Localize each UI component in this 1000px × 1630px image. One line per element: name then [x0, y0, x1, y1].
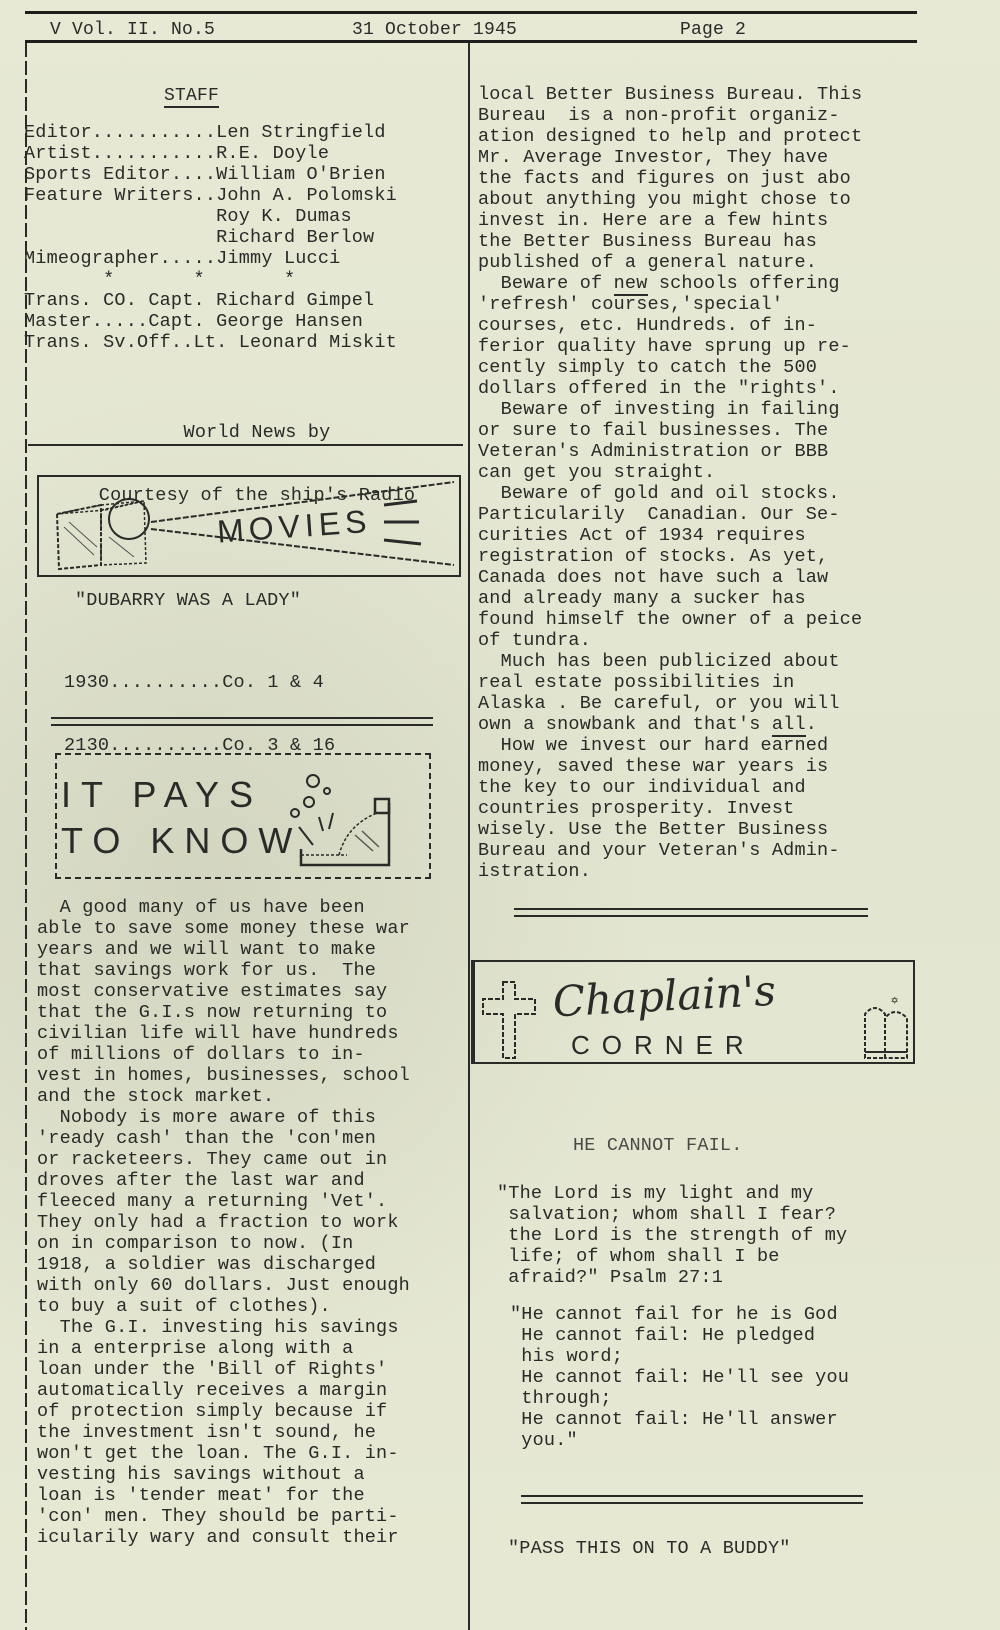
psalm-quote: "The Lord is my light and my salvation; … [497, 1183, 847, 1288]
article-line: most conservative estimates say [37, 981, 410, 1002]
newsletter-page: V Vol. II. No.5 31 October 1945 Page 2 S… [0, 0, 1000, 1630]
staff-row: Trans. CO. Capt. Richard Gimpel [24, 290, 397, 311]
article-line: vest in homes, businesses, school [37, 1065, 410, 1086]
movies-banner: MOVIES [37, 475, 461, 577]
page-number: Page 2 [680, 20, 746, 41]
it-pays-to-know-banner: IT PAYS TO KNOW [55, 753, 431, 879]
showtime-row: 1930..........Co. 1 & 4 [64, 672, 335, 693]
staff-row: * * * [24, 269, 397, 290]
psalm-line: "The Lord is my light and my [497, 1183, 847, 1204]
section-double-rule [521, 1495, 863, 1509]
article-line: or racketeers. They came out in [37, 1149, 410, 1170]
it-pays-article-right: local Better Business Bureau. ThisBureau… [478, 84, 862, 882]
article-line: The G.I. investing his savings [37, 1317, 410, 1338]
article-line: Beware of investing in failing [478, 399, 862, 420]
article-line: in a enterprise along with a [37, 1338, 410, 1359]
article-line: and already many a sucker has [478, 588, 862, 609]
poem-verse: "He cannot fail for he is God He cannot … [510, 1304, 849, 1451]
world-news-line: World News by [77, 422, 437, 443]
article-line: local Better Business Bureau. This [478, 84, 862, 105]
article-line: 'ready cash' than the 'con'men [37, 1128, 410, 1149]
staff-list: Editor...........Len StringfieldArtist..… [24, 122, 397, 353]
article-line: Canada does not have such a law [478, 567, 862, 588]
article-line: cently simply to catch the 500 [478, 357, 862, 378]
article-line: that savings work for us. The [37, 960, 410, 981]
article-line: countries prosperity. Invest [478, 798, 862, 819]
article-line: that the G.I.s now returning to [37, 1002, 410, 1023]
coins-hand-icon: IT PAYS TO KNOW [57, 755, 429, 877]
article-line: Alaska . Be careful, or you will [478, 693, 862, 714]
article-line: 'con' men. They should be parti- [37, 1506, 410, 1527]
article-line: won't get the loan. The G.I. in- [37, 1443, 410, 1464]
article-line: on in comparison to now. (In [37, 1233, 410, 1254]
psalm-line: afraid?" Psalm 27:1 [497, 1267, 847, 1288]
poem-line: He cannot fail: He'll see you [510, 1367, 849, 1388]
article-line: dollars offered in the "rights'. [478, 378, 862, 399]
article-line: invest in. Here are a few hints [478, 210, 862, 231]
article-line: ferior quality have sprung up re- [478, 336, 862, 357]
section-double-rule [51, 717, 433, 731]
article-line: automatically receives a margin [37, 1380, 410, 1401]
masthead-bottom-rule [25, 40, 917, 43]
chaplains-corner-banner: Chaplain's CORNER ✡ [471, 960, 915, 1064]
svg-text:✡: ✡ [891, 994, 898, 1008]
poem-line: his word; [510, 1346, 849, 1367]
article-line: found himself the owner of a peice [478, 609, 862, 630]
article-line: fleeced many a returning 'Vet'. [37, 1191, 410, 1212]
article-line: courses, etc. Hundreds. of in- [478, 315, 862, 336]
article-line: 1918, a soldier was discharged [37, 1254, 410, 1275]
article-line: How we invest our hard earned [478, 735, 862, 756]
staff-row: Editor...........Len Stringfield [24, 122, 397, 143]
staff-row: Richard Berlow [24, 227, 397, 248]
column-divider [468, 43, 470, 1630]
article-line: can get you straight. [478, 462, 862, 483]
article-line: own a snowbank and that's all. [478, 714, 862, 735]
article-line: real estate possibilities in [478, 672, 862, 693]
staff-row: Trans. Sv.Off..Lt. Leonard Miskit [24, 332, 397, 353]
poem-line: through; [510, 1388, 849, 1409]
staff-row: Master.....Capt. George Hansen [24, 311, 397, 332]
movie-projector-icon: MOVIES [39, 477, 459, 575]
article-line: Much has been publicized about [478, 651, 862, 672]
staff-row: Feature Writers..John A. Polomski [24, 185, 397, 206]
article-line: istration. [478, 861, 862, 882]
article-line: Beware of gold and oil stocks. [478, 483, 862, 504]
volume-number: V Vol. II. No.5 [50, 20, 215, 41]
article-line: about anything you might chose to [478, 189, 862, 210]
psalm-line: salvation; whom shall I fear? [497, 1204, 847, 1225]
article-line: ation designed to help and protect [478, 126, 862, 147]
staff-row: Sports Editor....William O'Brien [24, 164, 397, 185]
section-divider [28, 444, 463, 446]
staff-row: Mimeographer.....Jimmy Lucci [24, 248, 397, 269]
movie-title: "DUBARRY WAS A LADY" [75, 590, 301, 611]
poem-title: HE CANNOT FAIL. [573, 1135, 743, 1156]
article-line: wisely. Use the Better Business [478, 819, 862, 840]
article-line: to buy a suit of clothes). [37, 1296, 410, 1317]
chaplains-script-title: Chaplain's [552, 966, 777, 1027]
pass-on-note: "PASS THIS ON TO A BUDDY" [508, 1538, 791, 1559]
section-double-rule [514, 908, 868, 922]
article-line: or sure to fail businesses. The [478, 420, 862, 441]
psalm-line: the Lord is the strength of my [497, 1225, 847, 1246]
banner-line-2: TO KNOW [61, 820, 302, 861]
article-line: icularily wary and consult their [37, 1527, 410, 1548]
psalm-line: life; of whom shall I be [497, 1246, 847, 1267]
article-line: A good many of us have been [37, 897, 410, 918]
article-line: They only had a fraction to work [37, 1212, 410, 1233]
staff-heading: STAFF [164, 86, 219, 107]
article-line: and the stock market. [37, 1086, 410, 1107]
article-line: Bureau is a non-profit organiz- [478, 105, 862, 126]
article-line: Beware of new schools offering [478, 273, 862, 294]
article-line: droves after the last war and [37, 1170, 410, 1191]
article-line: loan is 'tender meat' for the [37, 1485, 410, 1506]
article-line: curities Act of 1934 requires [478, 525, 862, 546]
poem-line: He cannot fail: He pledged [510, 1325, 849, 1346]
banner-line-1: IT PAYS [61, 774, 263, 815]
article-line: money, saved these war years is [478, 756, 862, 777]
poem-line: "He cannot fail for he is God [510, 1304, 849, 1325]
cross-icon [483, 982, 535, 1058]
corner-caps-title: CORNER [571, 1030, 756, 1060]
article-line: Particularily Canadian. Our Se- [478, 504, 862, 525]
article-line: Nobody is more aware of this [37, 1107, 410, 1128]
article-line: Veteran's Administration or BBB [478, 441, 862, 462]
article-line: with only 60 dollars. Just enough [37, 1275, 410, 1296]
article-line: the investment isn't sound, he [37, 1422, 410, 1443]
article-line: loan under the 'Bill of Rights' [37, 1359, 410, 1380]
article-line: 'refresh' courses,'special' [478, 294, 862, 315]
article-line: of tundra. [478, 630, 862, 651]
article-line: able to save some money these war [37, 918, 410, 939]
poem-line: you." [510, 1430, 849, 1451]
tablets-icon: ✡ [865, 994, 907, 1058]
article-line: the Better Business Bureau has [478, 231, 862, 252]
article-line: the facts and figures on just abo [478, 168, 862, 189]
article-line: registration of stocks. As yet, [478, 546, 862, 567]
article-line: Bureau and your Veteran's Admin- [478, 840, 862, 861]
underlined-word: all [772, 714, 806, 737]
article-line: of protection simply because if [37, 1401, 410, 1422]
staff-row: Artist...........R.E. Doyle [24, 143, 397, 164]
article-line: Mr. Average Investor, They have [478, 147, 862, 168]
issue-date: 31 October 1945 [352, 20, 517, 41]
staff-row: Roy K. Dumas [24, 206, 397, 227]
article-line: vesting his savings without a [37, 1464, 410, 1485]
article-line: civilian life will have hundreds [37, 1023, 410, 1044]
article-line: published of a general nature. [478, 252, 862, 273]
it-pays-article-left: A good many of us have beenable to save … [37, 897, 410, 1548]
poem-line: He cannot fail: He'll answer [510, 1409, 849, 1430]
underlined-word: new [614, 273, 648, 296]
article-line: years and we will want to make [37, 939, 410, 960]
masthead-top-rule [25, 11, 917, 14]
article-line: the key to our individual and [478, 777, 862, 798]
article-line: of millions of dollars to in- [37, 1044, 410, 1065]
